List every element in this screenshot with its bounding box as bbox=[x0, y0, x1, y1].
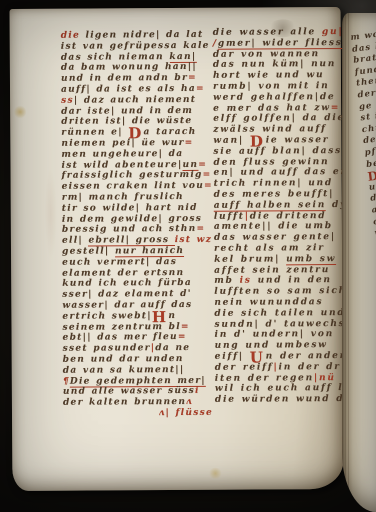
text-segment: ertrich swebt| bbox=[62, 311, 151, 322]
manuscript-line: rumb| von mit in bbox=[213, 81, 335, 93]
manuscript-line: ist van gefrüpessa kale bbox=[61, 41, 211, 53]
text-segment: die dritend bbox=[250, 211, 327, 221]
facing-page-text: m wchdas hunbratz wfunden|therr nisderfu… bbox=[350, 25, 376, 424]
manuscript-line: die würden wund dza bbox=[215, 394, 337, 406]
text-segment: mb bbox=[214, 276, 239, 286]
rubric-text: = bbox=[198, 159, 207, 169]
text-segment: eiff| bbox=[215, 351, 250, 361]
text-segment: ell| bbox=[62, 236, 89, 246]
manuscript-line: affet sein zentru bbox=[214, 265, 336, 277]
text-segment: kel brum| bbox=[214, 254, 286, 264]
rubric-initial: H bbox=[152, 311, 168, 321]
text-segment: in d' undern| von bbox=[214, 329, 334, 340]
manuscript-line: en| und auff das er. bbox=[214, 167, 336, 179]
text-segment: den fluss gewinn bbox=[213, 157, 329, 168]
page-stain bbox=[14, 105, 26, 119]
left-text-column: die ligen nidre| da latist van gefrüpess… bbox=[61, 30, 213, 420]
rubric-text: = bbox=[196, 84, 205, 94]
text-segment: ist van gefrüpessa kale bbox=[61, 41, 210, 52]
rubric-text: ss bbox=[61, 95, 74, 105]
text-segment: sset pasunder bbox=[63, 343, 151, 354]
page-stain bbox=[208, 468, 222, 479]
text-segment: rumb| von mit in bbox=[213, 81, 329, 92]
rubricated-text: umb sw bbox=[286, 254, 336, 265]
rubricated-text: un bbox=[183, 159, 199, 170]
text-segment: da bam wonung han|| bbox=[61, 62, 197, 73]
text-segment: rünnen e| bbox=[61, 127, 128, 137]
text-segment: niemen pei| üe wur bbox=[61, 138, 184, 149]
manuscript-line: wan| Die wasser bbox=[213, 135, 335, 147]
text-segment: ben und dar unden bbox=[63, 354, 184, 365]
text-segment: m wch bbox=[350, 29, 376, 43]
rubric-text: |nü bbox=[314, 373, 336, 383]
rubric-text: is bbox=[240, 276, 252, 286]
manuscript-line: der reiff|in der dr bbox=[215, 362, 337, 374]
rubric-initial: D bbox=[250, 135, 265, 145]
text-segment: amente|| die umb bbox=[214, 221, 333, 232]
text-segment: das nun küm| nun bbox=[213, 59, 336, 70]
facing-page-edge: m wchdas hunbratz wfunden|therr nisderfu… bbox=[342, 13, 376, 512]
rubric-text: ist wz bbox=[175, 235, 212, 245]
text-segment: sie auff blan| dass bbox=[213, 146, 342, 157]
manuscript-line: werd gehalffen|de bbox=[213, 92, 335, 104]
rubric-text: = bbox=[178, 332, 187, 342]
manuscript-line: den fluss gewinn bbox=[213, 157, 335, 169]
text-segment: werd gehalffen|de bbox=[213, 92, 335, 103]
manuscript-line: die sich tailen und bbox=[214, 308, 336, 320]
text-segment: zwälss wind auff bbox=[213, 124, 326, 135]
text-segment: wan| bbox=[213, 136, 250, 146]
text-segment: lufft bbox=[214, 211, 245, 221]
rubric-text: = bbox=[185, 138, 194, 148]
photo-background: die ligen nidre| da latist van gefrüpess… bbox=[0, 0, 376, 512]
text-segment: iten der regen bbox=[215, 373, 314, 384]
manuscript-line: in d' undern| von bbox=[214, 329, 336, 341]
manuscript-line: iten der regen|nü bbox=[215, 373, 337, 385]
text-segment: der kalten brunnen bbox=[63, 397, 186, 408]
rubricated-text: gmer| wider fliesse bbox=[218, 38, 350, 50]
text-segment: | daz auch niement bbox=[74, 95, 196, 106]
text-segment: und in dem andn br bbox=[61, 73, 188, 84]
text-segment: seinem zentrum bl bbox=[62, 321, 180, 332]
text-segment: affet sein zentru bbox=[214, 265, 330, 276]
text-segment: ebt|| das mer fleu bbox=[63, 332, 178, 343]
manuscript-line: zwälss wind auff bbox=[213, 124, 335, 136]
text-segment: dar von wannen bbox=[213, 49, 320, 60]
text-segment: in der dr bbox=[279, 362, 341, 372]
rubric-text: die bbox=[61, 31, 86, 41]
rubric-text: = bbox=[188, 73, 197, 83]
text-segment: rm| manch fruslich bbox=[62, 192, 184, 203]
manuscript-line: wasser| dar auff das bbox=[62, 300, 212, 312]
text-segment: elament der ertsnn bbox=[62, 267, 184, 278]
rubric-text: = bbox=[203, 170, 212, 180]
text-segment: und alle wasser süss bbox=[63, 386, 195, 397]
manuscript-line: amente|| die umb bbox=[214, 221, 336, 233]
rubric-text: = bbox=[196, 224, 205, 234]
manuscript-line: auff halben sein dy bbox=[214, 200, 336, 212]
text-segment: dar iste| und in dem bbox=[61, 105, 193, 116]
manuscript-line: sset pasunder|da ne bbox=[63, 343, 213, 355]
text-segment: sundn| d' tauwechs bbox=[214, 318, 345, 329]
text-segment: nein wununddas bbox=[214, 297, 323, 308]
rubricated-text: ebrell| gross bbox=[88, 235, 174, 247]
text-segment: n der ander bbox=[266, 351, 347, 361]
manuscript-line: lufft|die dritend bbox=[214, 211, 336, 223]
manuscript-line: eissen craken lint vou= bbox=[62, 181, 212, 193]
manuscript-line: nein wununddas bbox=[214, 297, 336, 309]
manuscript-line: ell| ebrell| gross ist wz bbox=[62, 235, 212, 247]
text-segment: ligen nidre| da lat bbox=[85, 30, 203, 41]
rubricated-text: nur hanich bbox=[115, 246, 184, 257]
manuscript-line: lufften so sam sich bbox=[214, 286, 336, 298]
manuscript-line: /gmer| wider fliesse bbox=[213, 38, 335, 50]
text-segment: kund ich euch fürba bbox=[62, 278, 192, 289]
text-segment: elff golffen| da die bbox=[213, 113, 345, 124]
manuscript-line: recht als am zir bbox=[214, 243, 336, 255]
text-segment: das sich nieman bbox=[61, 52, 170, 63]
manuscript-line: kel brum| umb sw bbox=[214, 254, 336, 266]
text-segment: da van sa kument|| bbox=[63, 365, 185, 376]
rubric-initial: U bbox=[250, 351, 265, 361]
rubric-text: = bbox=[181, 321, 190, 331]
manuscript-line: niemen pei| üe wur= bbox=[61, 138, 211, 150]
manuscript-line: trich rinnen| und bbox=[214, 178, 336, 190]
text-segment: ie wasser bbox=[266, 135, 330, 145]
manuscript-page: die ligen nidre| da latist van gefrüpess… bbox=[10, 7, 344, 491]
manuscript-line: ʌ| flüsse bbox=[63, 408, 213, 420]
rubric-text: i bbox=[195, 386, 200, 396]
manuscript-line: hort wie und wu bbox=[213, 70, 335, 82]
rubric-text: = bbox=[331, 103, 340, 113]
text-segment: lufften so sam sich bbox=[214, 286, 347, 297]
text-segment: die sich tailen und bbox=[214, 308, 345, 319]
text-segment: bressig und ach sthn bbox=[62, 224, 197, 235]
text-segment: ung und umbesw bbox=[215, 340, 328, 351]
text-segment: fraissiglich gesturmig bbox=[62, 170, 203, 181]
text-segment: a tarach bbox=[143, 127, 196, 137]
text-segment: wasser| dar auff das bbox=[62, 300, 192, 311]
text-segment: e mer das hat zw bbox=[213, 103, 331, 114]
text-segment: driten ist| die wüste bbox=[61, 116, 192, 127]
manuscript-line: die wasser alle gu| bbox=[213, 27, 335, 39]
ink-showthrough bbox=[40, 149, 61, 279]
text-segment: die würden wund dza bbox=[215, 394, 359, 405]
rubric-text: flüsse bbox=[175, 408, 213, 418]
manuscript-line: mb is und in den bbox=[214, 275, 336, 287]
text-segment: die wasser alle bbox=[213, 27, 322, 38]
text-segment: n bbox=[168, 311, 176, 321]
rubric-text: ʌ| bbox=[159, 408, 176, 418]
manuscript-line: e mer das hat zw= bbox=[213, 103, 335, 115]
rubric-text: ʌ bbox=[186, 397, 193, 407]
rubric-text: = bbox=[204, 181, 213, 191]
text-segment: recht als am zir bbox=[214, 243, 325, 254]
text-segment: gestell| bbox=[62, 246, 115, 256]
text-segment: sser| daz elament d' bbox=[62, 289, 192, 300]
rubric-initial: D bbox=[128, 127, 142, 137]
text-segment: ist wild abenteure| bbox=[61, 160, 182, 171]
manuscript-line: des meres beufft| bbox=[214, 189, 336, 201]
text-segment: der reiff bbox=[215, 362, 274, 372]
text-segment: en| und auff das er. bbox=[214, 167, 352, 178]
right-text-column: die wasser alle gu|/gmer| wider fliessed… bbox=[213, 27, 337, 406]
manuscript-line: sundn| d' tauwechs bbox=[214, 319, 336, 331]
text-segment: men ungeheure| da bbox=[61, 149, 183, 160]
text-segment: und in den bbox=[252, 275, 332, 285]
text-segment: das wasser gente| bbox=[214, 232, 336, 243]
text-segment: trich rinnen| und bbox=[214, 178, 333, 189]
rubric-text: gu| bbox=[322, 27, 344, 37]
text-segment: auff| da ist es als ha bbox=[61, 84, 196, 95]
text-segment: euch vermert| das bbox=[62, 257, 177, 268]
text-segment: hort wie und wu bbox=[213, 70, 324, 81]
rubricated-text: kan| bbox=[169, 51, 196, 62]
manuscript-line: das nun küm| nun bbox=[213, 59, 335, 71]
text-segment: des meres beufft| bbox=[214, 189, 335, 200]
text-segment: in dem gewilde| gross bbox=[62, 213, 202, 224]
text-segment: tir so wilde| hart nid bbox=[62, 203, 198, 214]
manuscript-line: eiff| Un der ander bbox=[215, 351, 337, 363]
rubric-initial: D bbox=[367, 170, 376, 181]
manuscript-line: das wasser gente| bbox=[214, 232, 336, 244]
text-segment: da ne bbox=[155, 343, 190, 353]
manuscript-line: ung und umbesw bbox=[215, 340, 337, 352]
manuscript-line: sie auff blan| dass bbox=[213, 146, 335, 158]
text-segment: eissen craken lint vou bbox=[62, 181, 204, 192]
manuscript-line: wil ich euch auff legen| bbox=[215, 383, 337, 395]
